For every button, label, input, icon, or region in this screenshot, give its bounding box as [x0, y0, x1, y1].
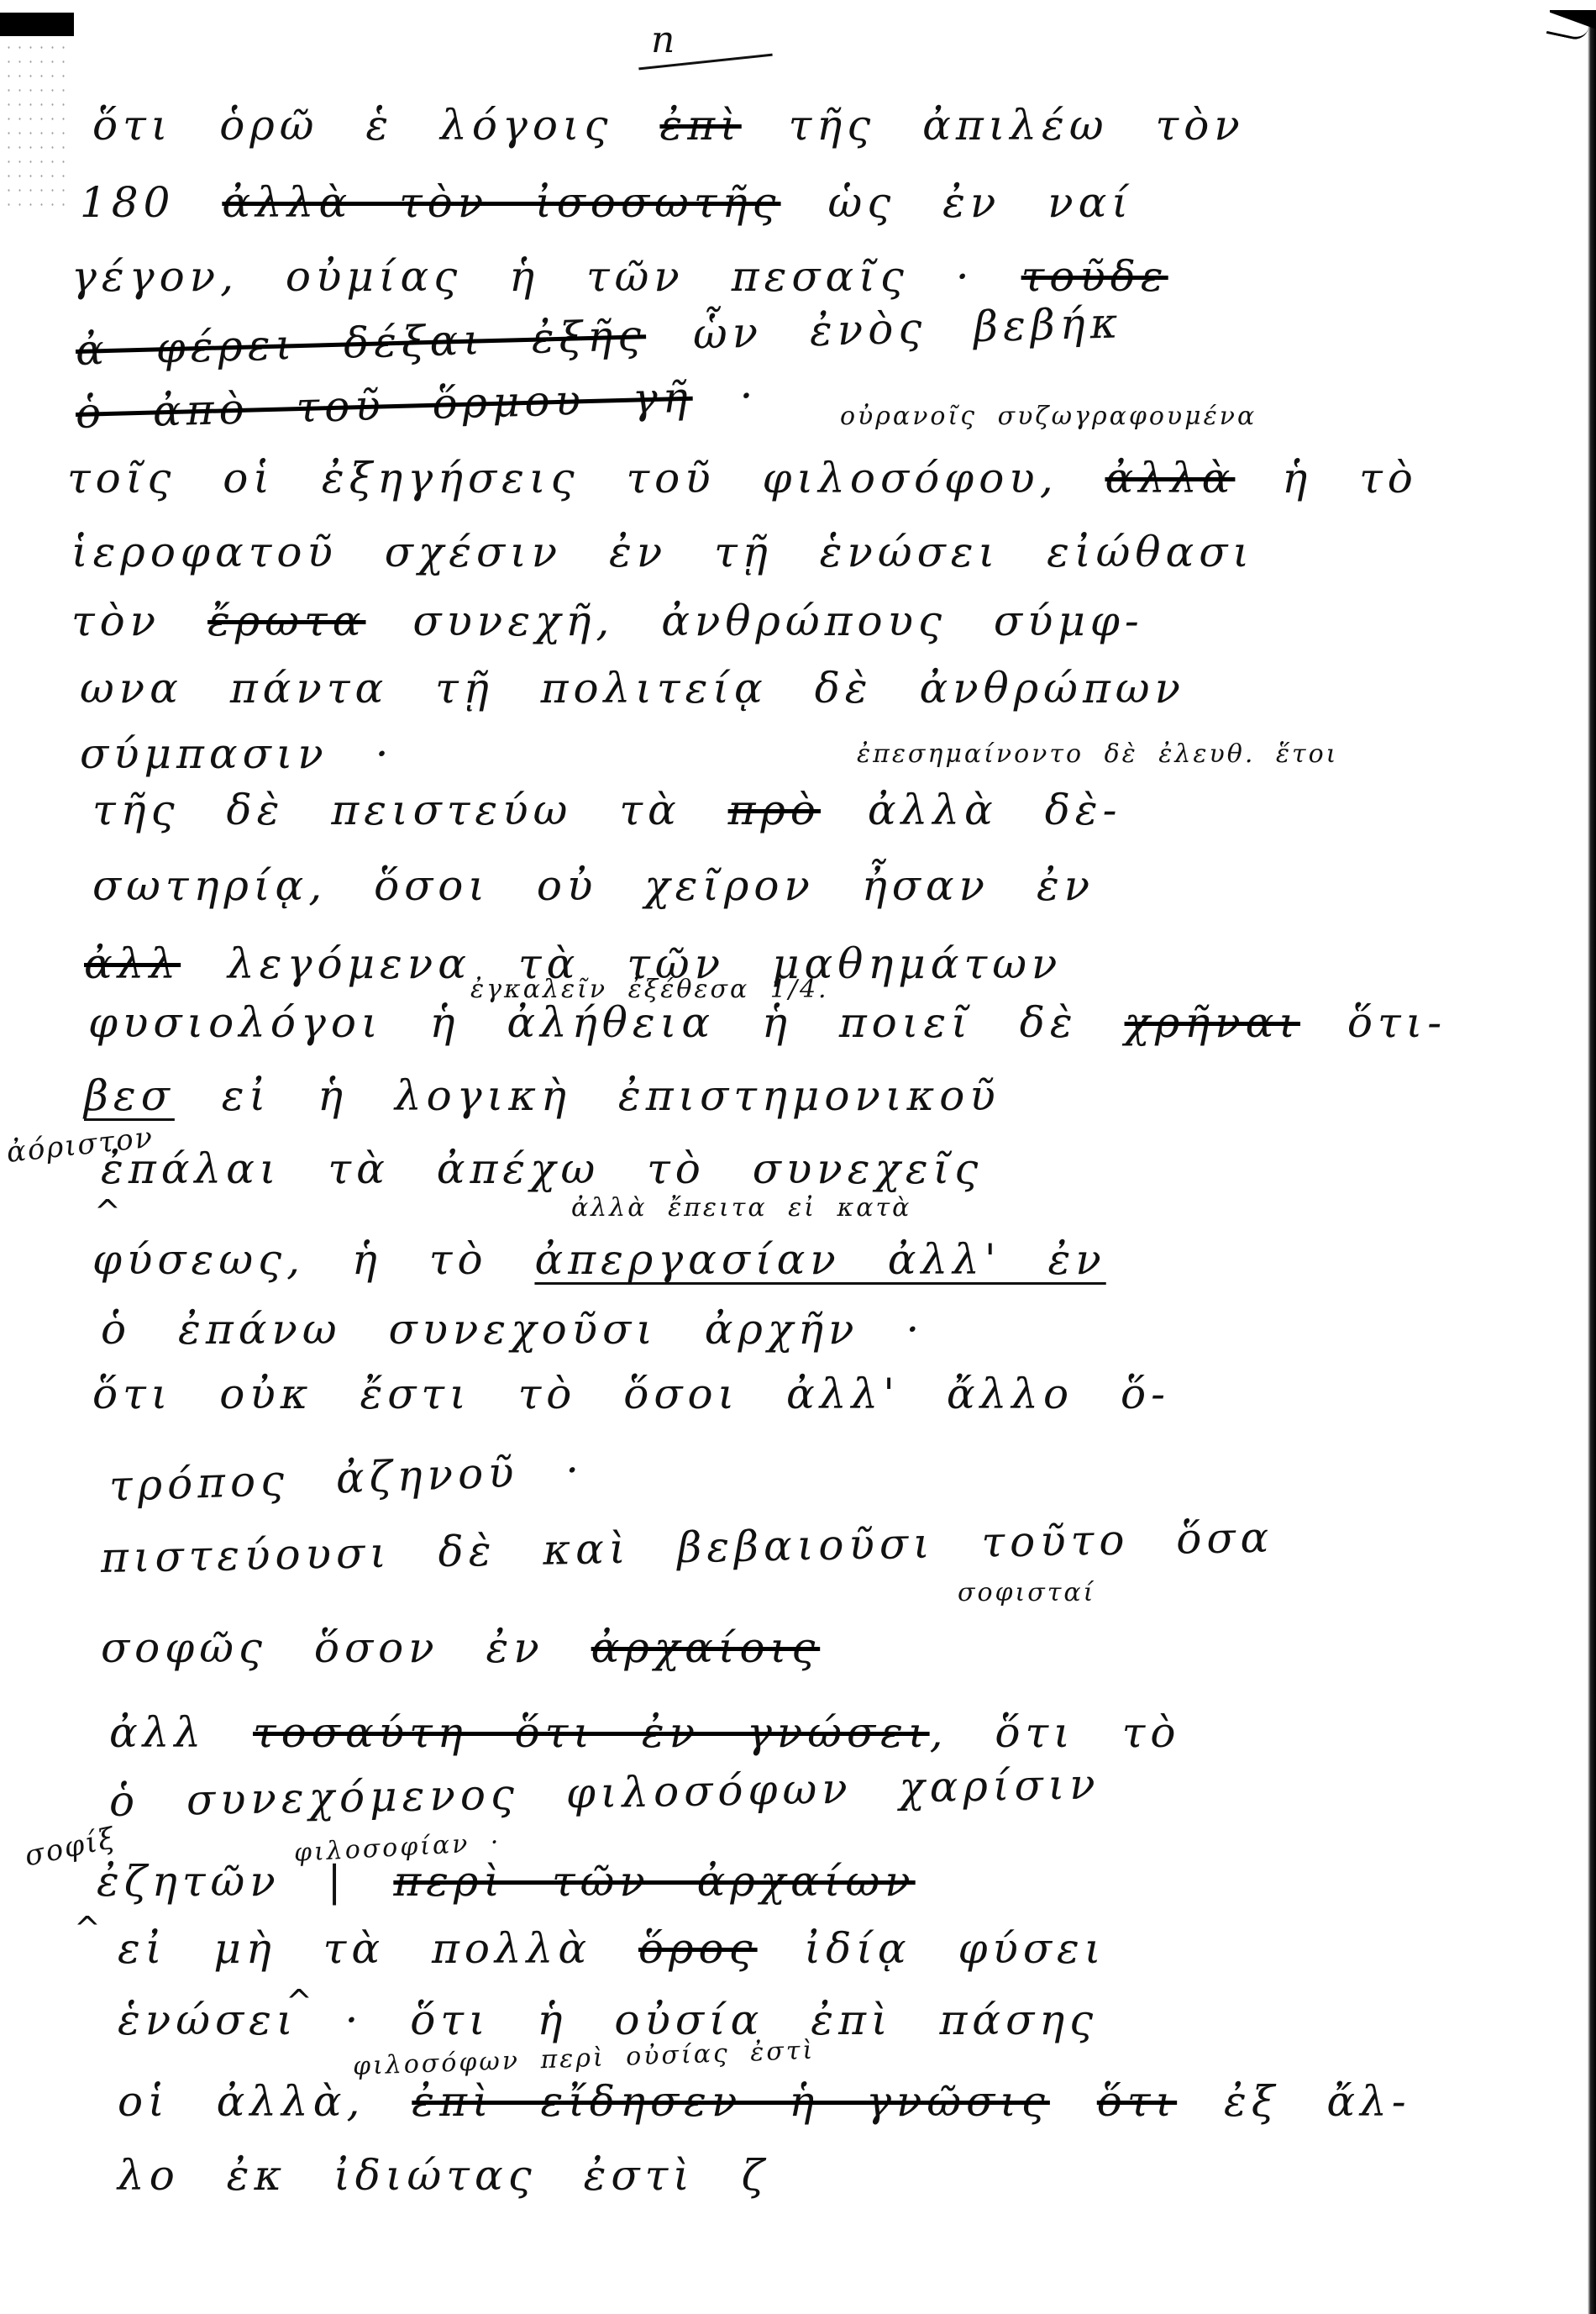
manuscript-line: τοῖς οἱ ἐξηγήσεις τοῦ φιλοσόφου, ἀλλὰ ἡ …	[67, 454, 1418, 502]
manuscript-line: σωτηρίᾳ, ὅσοι οὐ χεῖρον ἦσαν ἐν	[92, 861, 1095, 910]
struck-text: περὶ τῶν ἀρχαίων	[393, 1857, 915, 1906]
line-text: λο ἐκ ἰδιώτας ἐστὶ ζ	[118, 2151, 769, 2200]
line-text: ἑνώσει · ὅτι ἡ οὐσία ἐπὶ πάσης	[118, 1996, 1098, 2044]
struck-text: ὁ ἀπὸ τοῦ ὅρμου γῆ	[75, 373, 693, 438]
struck-text: τοσαύτη ὅτι ἐν γνώσει	[253, 1708, 930, 1757]
line-text: ἡ τὸ	[1235, 454, 1418, 502]
manuscript-line: ὅτι οὐκ ἔστι τὸ ὅσοι ἀλλ' ἄλλο ὅ-	[92, 1370, 1170, 1418]
scan-right-edge	[1588, 10, 1596, 2314]
manuscript-line: τρόπος ἀζηνοῦ ·	[108, 1445, 585, 1511]
manuscript-line: φύσεως, ἡ τὸ ἀπεργασίαν ἀλλ' ἐν	[92, 1235, 1106, 1284]
underlined-text: ἀπεργασίαν ἀλλ' ἐν	[534, 1235, 1105, 1284]
line-text: ἐπάλαι τὰ ἀπέχω τὸ συνεχεῖς	[101, 1144, 983, 1193]
manuscript-line: ὁ ἀπὸ τοῦ ὅρμου γῆ ·	[75, 371, 759, 438]
manuscript-line: σύμπασιν ·	[80, 729, 394, 778]
scan-black-bar	[0, 13, 74, 36]
manuscript-line: ἐζητῶν | περὶ τῶν ἀρχαίων	[97, 1857, 916, 1906]
struck-text: ὅρος	[638, 1924, 758, 1973]
line-text: ἰδίᾳ φύσει	[758, 1924, 1106, 1973]
line-text: ὁ συνεχόμενος φιλοσόφων χαρίσιν	[108, 1759, 1100, 1826]
manuscript-line: φυσιολόγοι ἡ ἀλήθεια ἡ ποιεῖ δὲ χρῆναι ὅ…	[88, 998, 1446, 1047]
struck-text: ἐπὶ	[659, 101, 741, 150]
manuscript-line: ἀλλ τοσαύτη ὅτι ἐν γνώσει, ὅτι τὸ	[109, 1708, 1180, 1757]
line-text: ὅτι οὐκ ἔστι τὸ ὅσοι ἀλλ' ἄλλο ὅ-	[92, 1370, 1170, 1418]
line-text: ἀλλὰ ἔπειτα εἰ κατὰ	[571, 1193, 911, 1223]
manuscript-line: ἱεροφατοῦ σχέσιν ἐν τῇ ἑνώσει εἰώθασι	[71, 528, 1254, 576]
struck-text: τοῦδε	[1021, 252, 1168, 301]
struck-text: ἀ φέρει δέξαι ἐξῆς	[75, 311, 647, 375]
line-text: ὡς ἐν ναί	[781, 178, 1133, 227]
insertion-caret-icon: ^	[94, 1193, 121, 1230]
line-text: , ὅτι τὸ	[930, 1708, 1181, 1757]
line-text: ἐπεσημαίνοντο δὲ ἐλευθ. ἕτοι	[857, 739, 1338, 769]
interlinear-insertion: ἀλλὰ ἔπειτα εἰ κατὰ	[571, 1193, 911, 1223]
line-text: πιστεύουσι δὲ καὶ βεβαιοῦσι τοῦτο ὅσα	[100, 1513, 1273, 1582]
manuscript-line: γέγον, οὐμίας ἡ τῶν πεσαῖς · τοῦδε	[71, 252, 1168, 301]
line-text: ἀλλὰ δὲ-	[821, 786, 1122, 834]
line-text: τῆς ἀπιλέω τὸν	[742, 101, 1245, 150]
line-text: ἐζητῶν |	[97, 1857, 393, 1906]
manuscript-line: 180 ἀλλὰ τὸν ἰσοσωτῆς ὡς ἐν ναί	[80, 178, 1133, 227]
interlinear-insertion: ἐπεσημαίνοντο δὲ ἐλευθ. ἕτοι	[857, 739, 1338, 769]
struck-text: ἀλλὰ	[1105, 454, 1235, 502]
line-text: ωνα πάντα τῇ πολιτείᾳ δὲ ἀνθρώπων	[80, 664, 1185, 713]
manuscript-line: ἀ φέρει δέξαι ἐξῆς ὧν ἐνὸς βεβήκ	[75, 298, 1123, 375]
line-text: ἀλλ	[109, 1708, 253, 1757]
line-text: εἰ μὴ τὰ πολλὰ	[118, 1924, 638, 1973]
scan-speckle-noise	[3, 40, 71, 208]
line-text: ὅτι ὁρῶ ἑ λόγοις	[92, 101, 659, 150]
line-text: οἱ ἀλλὰ,	[118, 2077, 412, 2126]
manuscript-line: ὁ συνεχόμενος φιλοσόφων χαρίσιν	[108, 1759, 1100, 1826]
line-text: 180	[80, 178, 222, 227]
struck-text: ἔρωτα	[207, 597, 365, 645]
line-text: τῆς δὲ πειστεύω τὰ	[92, 786, 728, 834]
line-text: τοῖς οἱ ἐξηγήσεις τοῦ φιλοσόφου,	[67, 454, 1105, 502]
line-text: ὧν ἐνὸς βεβήκ	[645, 298, 1123, 360]
insertion-caret-icon: ^	[74, 1910, 101, 1947]
manuscript-line: ἐπάλαι τὰ ἀπέχω τὸ συνεχεῖς	[101, 1144, 983, 1193]
struck-text: ἀλλὰ τὸν ἰσοσωτῆς	[222, 178, 780, 227]
line-text	[1050, 2077, 1097, 2126]
line-text: ὁ ἐπάνω συνεχοῦσι ἀρχῆν ·	[101, 1305, 924, 1354]
struck-text: ὅτι	[1097, 2077, 1177, 2126]
page-number: n	[651, 18, 675, 61]
line-text: φυσιολόγοι ἡ ἀλήθεια ἡ ποιεῖ δὲ	[88, 998, 1125, 1047]
manuscript-line: οἱ ἀλλὰ, ἐπὶ εἴδησεν ἡ γνῶσις ὅτι ἐξ ἄλ-	[118, 2077, 1411, 2126]
line-text: εἰ ἡ λογικὴ ἐπιστημονικοῦ	[175, 1071, 1000, 1120]
line-text: σοφισταί	[958, 1578, 1095, 1607]
manuscript-line: τὸν ἔρωτα συνεχῆ, ἀνθρώπους σύμφ-	[71, 597, 1144, 645]
manuscript-line: λο ἐκ ἰδιώτας ἐστὶ ζ	[118, 2151, 769, 2200]
line-text: ὅτι-	[1300, 998, 1446, 1047]
manuscript-line: πιστεύουσι δὲ καὶ βεβαιοῦσι τοῦτο ὅσα	[100, 1513, 1273, 1582]
manuscript-line: ἑνώσει · ὅτι ἡ οὐσία ἐπὶ πάσης	[118, 1996, 1098, 2044]
struck-text: ἀλλ	[84, 939, 181, 988]
manuscript-line: ὅτι ὁρῶ ἑ λόγοις ἐπὶ τῆς ἀπιλέω τὸν	[92, 101, 1245, 150]
line-text: τὸν	[71, 597, 207, 645]
struck-text: πρὸ	[728, 786, 821, 834]
line-text: τρόπος ἀζηνοῦ ·	[108, 1445, 585, 1511]
manuscript-line: βεσ εἰ ἡ λογικὴ ἐπιστημονικοῦ	[84, 1071, 1000, 1120]
line-text: γέγον, οὐμίας ἡ τῶν πεσαῖς ·	[71, 252, 1021, 301]
struck-text: χρῆναι	[1125, 998, 1300, 1047]
line-text: ·	[692, 371, 759, 422]
line-text: ἐξ ἄλ-	[1177, 2077, 1411, 2126]
struck-text: ἀρχαίοις	[591, 1623, 821, 1672]
underlined-text: βεσ	[84, 1071, 175, 1120]
manuscript-line: τῆς δὲ πειστεύω τὰ πρὸ ἀλλὰ δὲ-	[92, 786, 1122, 834]
manuscript-line: εἰ μὴ τὰ πολλὰ ὅρος ἰδίᾳ φύσει	[118, 1924, 1105, 1973]
line-text: οὐρανοῖς συζωγραφουμένα	[840, 402, 1257, 431]
line-text: σύμπασιν ·	[80, 729, 394, 778]
line-text: φύσεως, ἡ τὸ	[92, 1235, 534, 1284]
manuscript-line: σοφῶς ὅσον ἐν ἀρχαίοις	[101, 1623, 820, 1672]
manuscript-line: ωνα πάντα τῇ πολιτείᾳ δὲ ἀνθρώπων	[80, 664, 1185, 713]
struck-text: ἐπὶ εἴδησεν ἡ γνῶσις	[412, 2077, 1050, 2126]
line-text: ἱεροφατοῦ σχέσιν ἐν τῇ ἑνώσει εἰώθασι	[71, 528, 1254, 576]
line-text: σοφῶς ὅσον ἐν	[101, 1623, 591, 1672]
interlinear-insertion: σοφισταί	[958, 1578, 1095, 1607]
manuscript-line: ὁ ἐπάνω συνεχοῦσι ἀρχῆν ·	[101, 1305, 924, 1354]
insertion-caret-icon: ^	[286, 1983, 312, 2020]
line-text: συνεχῆ, ἀνθρώπους σύμφ-	[366, 597, 1144, 645]
line-text: σωτηρίᾳ, ὅσοι οὐ χεῖρον ἦσαν ἐν	[92, 861, 1095, 910]
interlinear-insertion: οὐρανοῖς συζωγραφουμένα	[840, 402, 1257, 431]
